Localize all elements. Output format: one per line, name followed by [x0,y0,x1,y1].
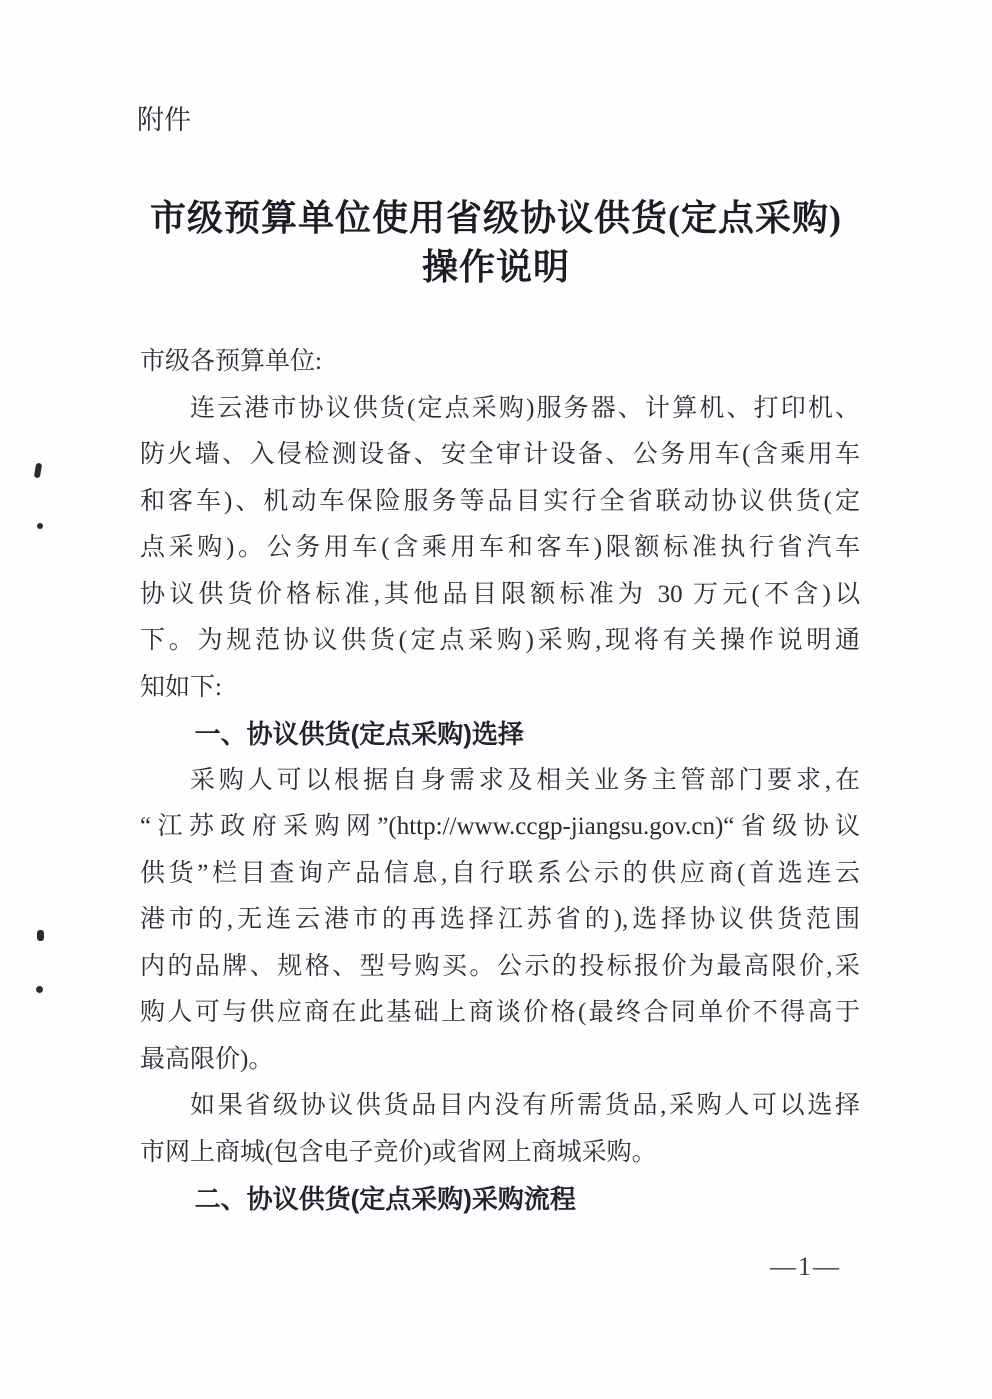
document-body: 市级各预算单位:连云港市协议供货(定点采购)服务器、计算机、打印机、防火墙、入侵… [140,339,860,1223]
document-title-line-2: 操作说明 [0,243,992,292]
text-line: 市级各预算单位: [140,339,860,386]
text-line: 最高限价)。 [140,1037,860,1084]
attachment-label: 附件 [137,104,191,136]
text-line: 如果省级协议供货品目内没有所需货品,采购人可以选择 [140,1083,860,1130]
document-title: 市级预算单位使用省级协议供货(定点采购) 操作说明 [0,194,992,292]
text-line: 连云港市协议供货(定点采购)服务器、计算机、打印机、 [140,386,860,433]
section-heading: 一、协议供货(定点采购)选择 [140,711,860,758]
ink-speck [34,463,43,479]
text-line: 防火墙、入侵检测设备、安全审计设备、公务用车(含乘用车 [140,432,860,479]
text-line: 点采购)。公务用车(含乘用车和客车)限额标准执行省汽车 [140,525,860,572]
text-line: 港市的,无连云港市的再选择江苏省的),选择协议供货范围 [140,897,860,944]
document-title-line-1: 市级预算单位使用省级协议供货(定点采购) [0,194,992,243]
text-line: 市网上商城(包含电子竞价)或省网上商城采购。 [140,1130,860,1177]
text-line: 知如下: [140,665,860,712]
text-line: “江苏政府采购网”(http://www.ccgp-jiangsu.gov.cn… [140,804,860,851]
ink-speck [37,523,43,529]
scanned-document-page: 附件 市级预算单位使用省级协议供货(定点采购) 操作说明 市级各预算单位:连云港… [0,0,992,1399]
ink-speck [37,930,44,941]
ink-speck [36,986,43,993]
text-line: 协议供货价格标准,其他品目限额标准为 30 万元(不含)以 [140,572,860,619]
page-number: —1— [770,1252,841,1282]
text-line: 内的品牌、规格、型号购买。公示的投标报价为最高限价,采 [140,944,860,991]
text-line: 采购人可以根据自身需求及相关业务主管部门要求,在 [140,758,860,805]
text-line: 购人可与供应商在此基础上商谈价格(最终合同单价不得高于 [140,990,860,1037]
text-line: 供货”栏目查询产品信息,自行联系公示的供应商(首选连云 [140,851,860,898]
section-heading: 二、协议供货(定点采购)采购流程 [140,1176,860,1223]
text-line: 下。为规范协议供货(定点采购)采购,现将有关操作说明通 [140,618,860,665]
text-line: 和客车)、机动车保险服务等品目实行全省联动协议供货(定 [140,479,860,526]
